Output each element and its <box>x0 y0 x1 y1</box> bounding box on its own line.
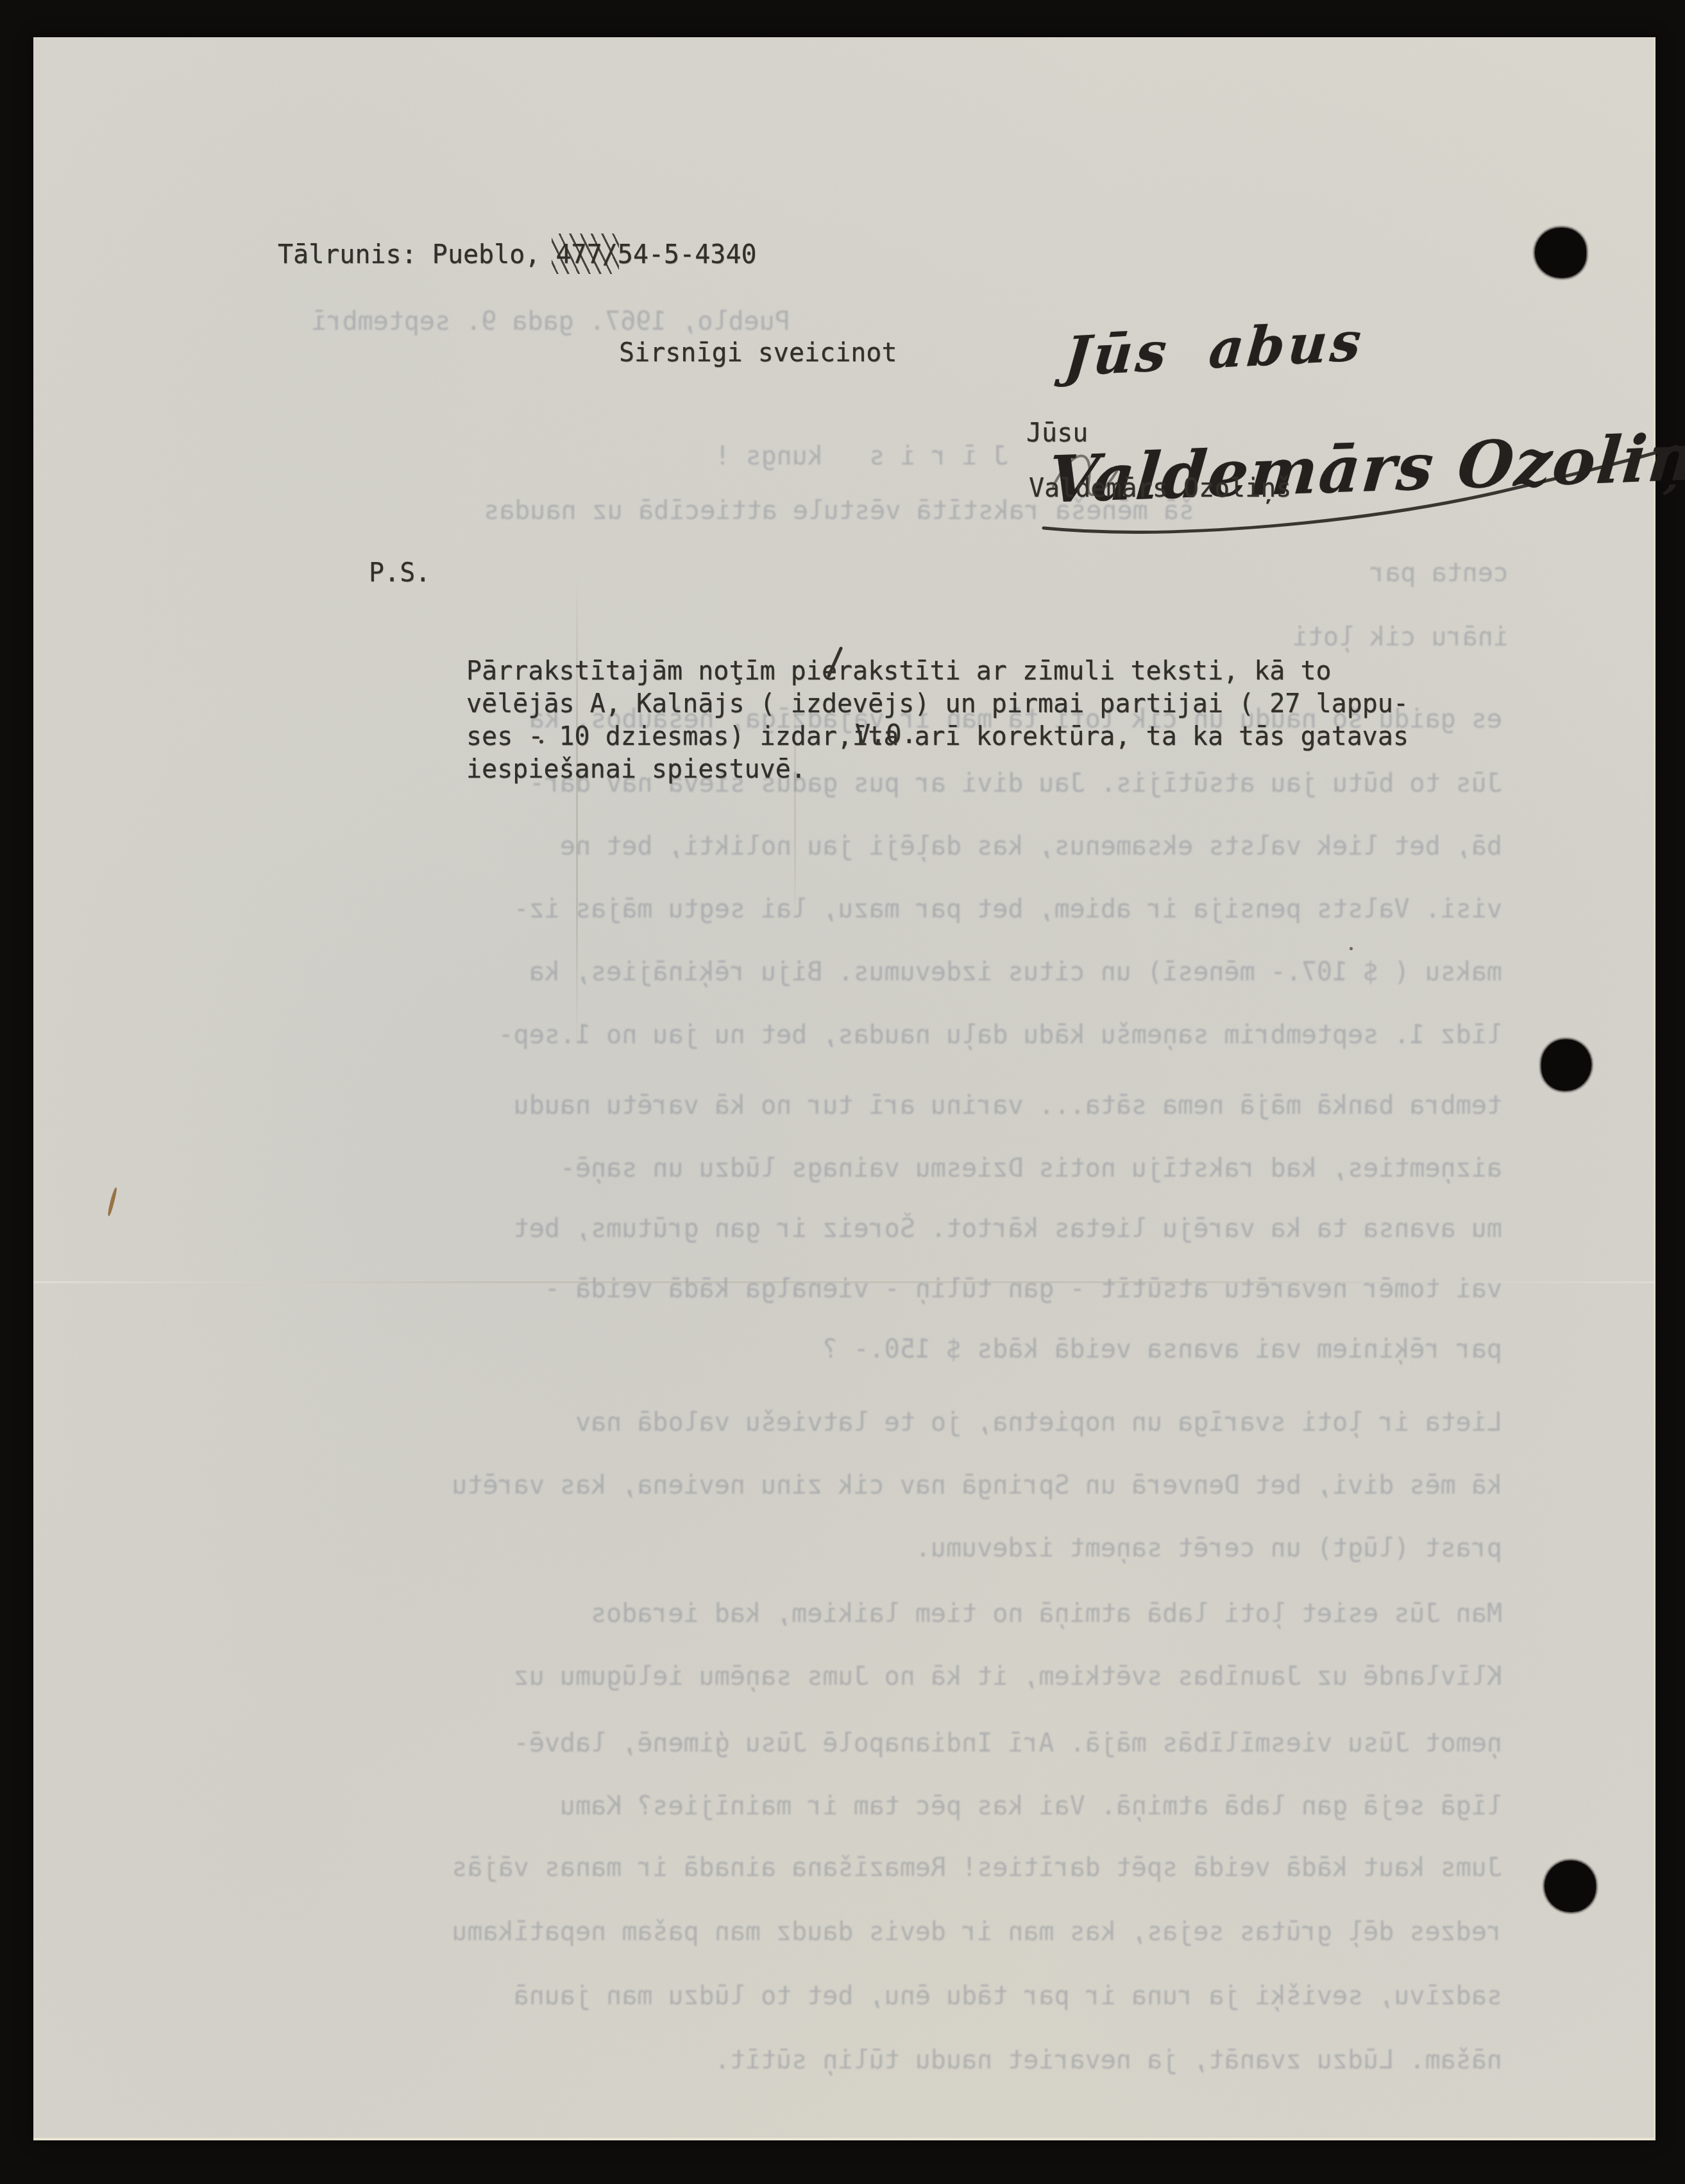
bleedthrough-line: bā, bet liek valsts eksamenus, kas daļēj… <box>181 832 1502 861</box>
phone-label: Tālrunis: Pueblo, <box>278 240 555 269</box>
bleedthrough-line: nāšam. Lūdzu zvanāt, ja nevariet naudu t… <box>181 2045 1502 2075</box>
postscript-initials: V.O. <box>855 719 917 751</box>
closing-greeting: Sirsnīgi sveicinot <box>619 337 897 370</box>
bleedthrough-line: J ī r i s kungs ! <box>675 441 1008 471</box>
bleedthrough-line: Lieta ir ļoti svarīga un nopietna, jo te… <box>181 1408 1502 1437</box>
scanned-letter: Pueblo, 1967. gada 9. septembrīJ ī r i s… <box>0 0 1685 2184</box>
bleedthrough-line: vai tomēr nevarētu atsūtīt - gan tūliņ -… <box>181 1274 1502 1304</box>
typed-signature-name: Valdemārs Ozoliņš <box>1029 472 1291 505</box>
bleedthrough-line: Pueblo, 1967. gada 9. septembrī <box>303 307 790 336</box>
handwritten-jus-abus: Jūs abus <box>1062 309 1367 388</box>
bleedthrough-line: ņemot Jūsu viesmīlībās mājā. Arī Indiana… <box>181 1728 1502 1758</box>
postscript-line: Pārrakstītajām noţīm pierakstīti ar zīmu… <box>466 655 1409 688</box>
bleedthrough-line: Man Jūs esiet ļoti labā atmiņā no tiem l… <box>181 1599 1502 1628</box>
bleedthrough-line: Klīvlandē uz Jaunības svētkiem, it kā no… <box>181 1662 1502 1691</box>
bleedthrough-line: maksu ( $ 107.- mēnesī) un citus izdevum… <box>181 957 1502 987</box>
postscript-line: ses - 10 dziesmas) izdar,īta arī korektū… <box>466 721 1409 753</box>
bleedthrough-line: redzes dēļ grūtas sejas, kas man ir devi… <box>181 1917 1502 1947</box>
bleedthrough-line: Jums kaut kādā veidā spēt darīties! Rema… <box>181 1853 1502 1882</box>
phone-line: Tālrunis: Pueblo, 477/54-5-4340 <box>278 239 757 271</box>
phone-number: 54-5-4340 <box>618 240 757 269</box>
crossed-out-digits: 477/ <box>555 239 617 271</box>
bleedthrough-line: sadzīvu, sevišķi ja runa ir par tādu ēnu… <box>181 1981 1502 2011</box>
bleedthrough-line: par rēķiniem vai avansa veidā kāds $ 150… <box>181 1335 1502 1364</box>
postscript-body: Pārrakstītajām noţīm pierakstīti ar zīmu… <box>466 557 1409 786</box>
bleedthrough-line: mu avansa ta ka varēju lietas kārtot. Šo… <box>181 1214 1502 1243</box>
hole-punch <box>1545 1861 1596 1912</box>
horizontal-fold-crease <box>33 1281 1654 1283</box>
ink-speck <box>1350 947 1353 950</box>
postscript-label: P.S. <box>369 557 430 590</box>
paper-fiber-mark <box>107 1187 118 1216</box>
bleedthrough-line: aizņemties, kad rakstīju notis Dziesmu v… <box>181 1154 1502 1183</box>
postscript-line: vēlējās A, Kalnājs ( izdevējs) un pirmai… <box>466 688 1409 721</box>
bleedthrough-line: līgā sejā gan labā atmiņā. Vai kas pēc t… <box>181 1791 1502 1821</box>
bleedthrough-line: visi. Valsts pensija ir abiem, bet par m… <box>181 894 1502 924</box>
bleedthrough-line: kā mēs divi, bet Denverā un Springā nav … <box>181 1471 1502 1500</box>
hole-punch <box>1541 1039 1591 1091</box>
letter-page: Pueblo, 1967. gada 9. septembrīJ ī r i s… <box>33 37 1655 2140</box>
bleedthrough-line: tembra bankā mājā nema sāta... varinu ar… <box>181 1091 1502 1120</box>
bleedthrough-line: līdz 1. septembrim saņemšu kādu daļu nau… <box>181 1020 1502 1050</box>
bleedthrough-line: prast (lūgt) un cerēt saņemt izdevumu. <box>181 1533 1502 1563</box>
hole-punch <box>1535 228 1586 278</box>
postscript-line: iespiešanai spiestuvē. <box>466 753 1409 786</box>
